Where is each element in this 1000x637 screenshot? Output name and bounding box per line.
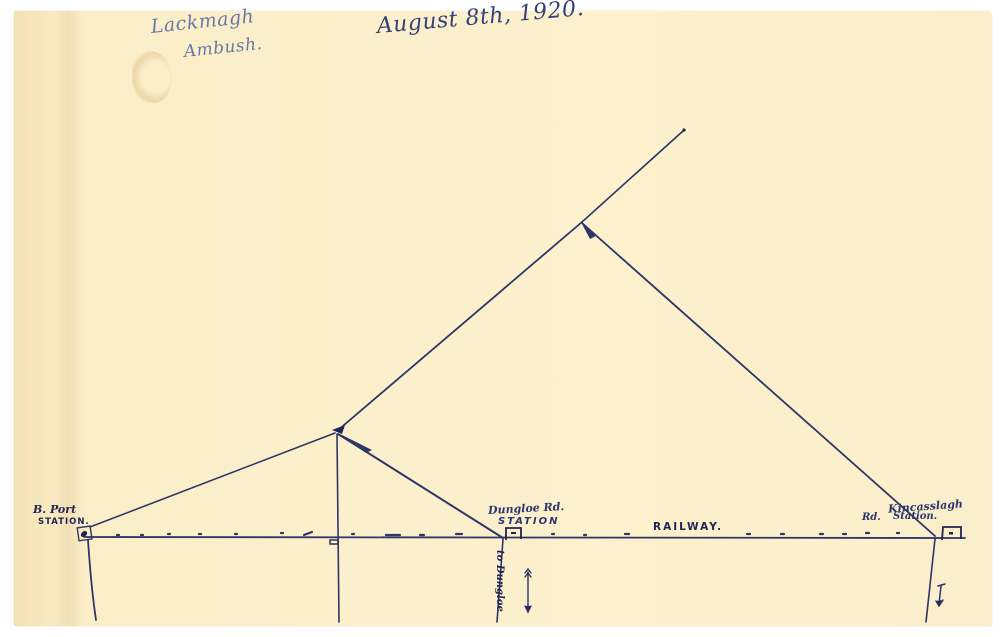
junction-marker bbox=[330, 540, 338, 544]
road-kincasslagh-south bbox=[926, 539, 935, 622]
kincasslagh-station-label: Station. bbox=[893, 511, 937, 522]
railway-line bbox=[84, 537, 965, 538]
bport-label: B. Port bbox=[33, 503, 76, 516]
road-bport-to-junction bbox=[90, 433, 335, 527]
arrow-down-kincasslagh bbox=[936, 584, 945, 606]
sketch-map bbox=[0, 0, 1000, 637]
road-junction-south bbox=[337, 434, 339, 622]
railway-ticks bbox=[117, 532, 899, 535]
road-bport-south bbox=[88, 540, 96, 620]
peak-b-mark bbox=[582, 224, 596, 239]
road-peak-to-tip bbox=[582, 131, 683, 222]
railway-label: RAILWAY. bbox=[653, 521, 723, 533]
bport-station-label: STATION. bbox=[38, 517, 90, 527]
road-peak-to-kincasslagh bbox=[582, 223, 935, 536]
road-end-dot bbox=[682, 128, 685, 131]
arrow-down-dungloe bbox=[525, 569, 531, 612]
to-dungloe-label: to Dungloe bbox=[494, 550, 505, 612]
station-bport bbox=[77, 526, 92, 541]
junction-a-mark bbox=[340, 434, 372, 453]
dungloe-station-label: STATION bbox=[498, 516, 559, 527]
kincasslagh-rd-label: Rd. bbox=[862, 512, 881, 523]
road-junction-to-peak bbox=[337, 222, 582, 431]
